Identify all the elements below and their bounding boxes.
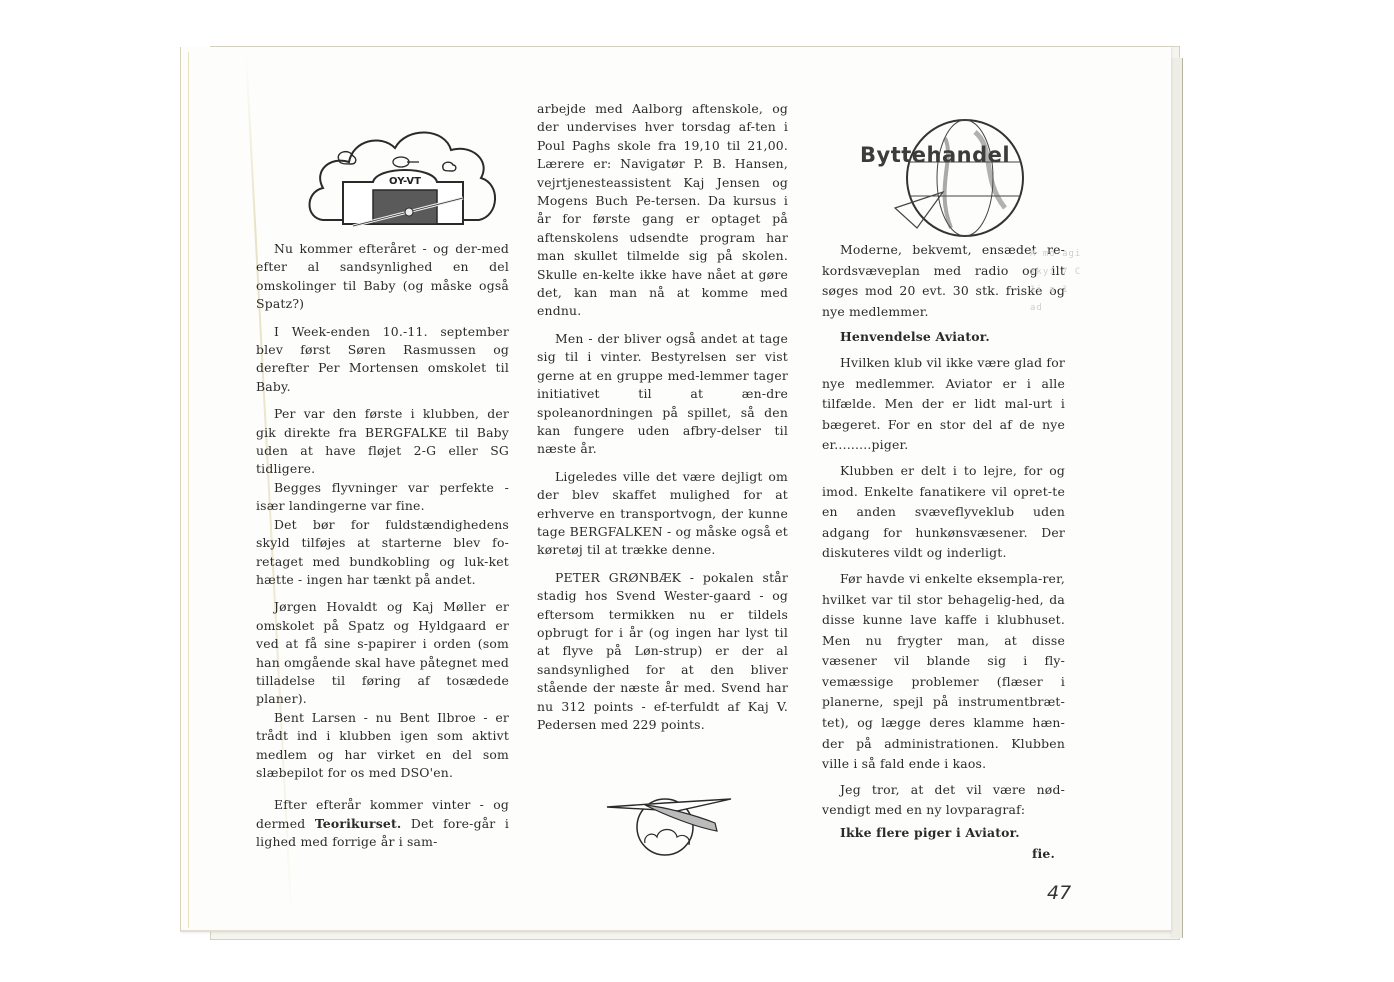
bold-term: Teorikurset. — [315, 816, 402, 831]
section-title-byttehandel: Byttehandel — [860, 143, 1010, 167]
paragraph: I Week-enden 10.-11. september blev førs… — [256, 323, 509, 397]
paragraph: Bent Larsen - nu Bent Ilbroe - er trådt … — [256, 709, 509, 783]
paragraph: Men - der bliver også andet at tage sig … — [537, 330, 788, 459]
paragraph-teorikurset: Efter efterår kommer vinter - og dermed … — [256, 796, 509, 851]
paragraph: Hvilken klub vil ikke være glad for nye … — [822, 353, 1065, 456]
paragraph-continuation: arbejde med Aalborg aftenskole, og der u… — [537, 100, 788, 321]
paragraph: PETER GRØNBÆK - pokalen står stadig hos … — [537, 569, 788, 735]
paragraph: Nu kommer efteråret - og der-med efter a… — [256, 240, 509, 314]
hangar-cloud-illustration: OY-VT — [303, 120, 503, 238]
classified-ad-text: Moderne, bekvemt, ensædet re-kordsvævepl… — [822, 240, 1065, 322]
paragraph: Begges flyvninger var perfekte - især la… — [256, 479, 509, 516]
paragraph: Klubben er delt i to lejre, for og imod.… — [822, 461, 1065, 564]
ad-contact-heading: Henvendelse Aviator. — [822, 327, 1065, 348]
article-column-2: arbejde med Aalborg aftenskole, og der u… — [537, 100, 788, 743]
author-signature: fie. — [822, 844, 1055, 865]
article-column-1: Nu kommer efteråret - og der-med efter a… — [256, 240, 509, 861]
paragraph: Ligeledes ville det være dejligt om der … — [537, 468, 788, 560]
globe-illustration — [855, 118, 1055, 248]
paragraph: Før havde vi enkelte eksempla-rer, hvilk… — [822, 569, 1065, 775]
bleed-through-text: A mo agi xkyi 7 C 1i a 1 ad — [1030, 245, 1085, 505]
paragraph: Jeg tror, at det vil være nød-vendigt me… — [822, 780, 1065, 821]
article-column-3: Moderne, bekvemt, ensædet re-kordsvævepl… — [822, 240, 1065, 864]
page-spine-line — [188, 52, 189, 928]
glider-logo-illustration — [605, 785, 735, 865]
underlying-page-edge — [1170, 58, 1183, 938]
paragraph: Det bør for fuldstændighedens skyld tilf… — [256, 516, 509, 590]
closing-statement: Ikke flere piger i Aviator. — [822, 823, 1065, 844]
paragraph: Jørgen Hovaldt og Kaj Møller er omskolet… — [256, 598, 509, 708]
hangar-registration-label: OY-VT — [389, 176, 421, 187]
paragraph: Per var den første i klubben, der gik di… — [256, 405, 509, 479]
page-number: 47 — [1047, 882, 1071, 904]
